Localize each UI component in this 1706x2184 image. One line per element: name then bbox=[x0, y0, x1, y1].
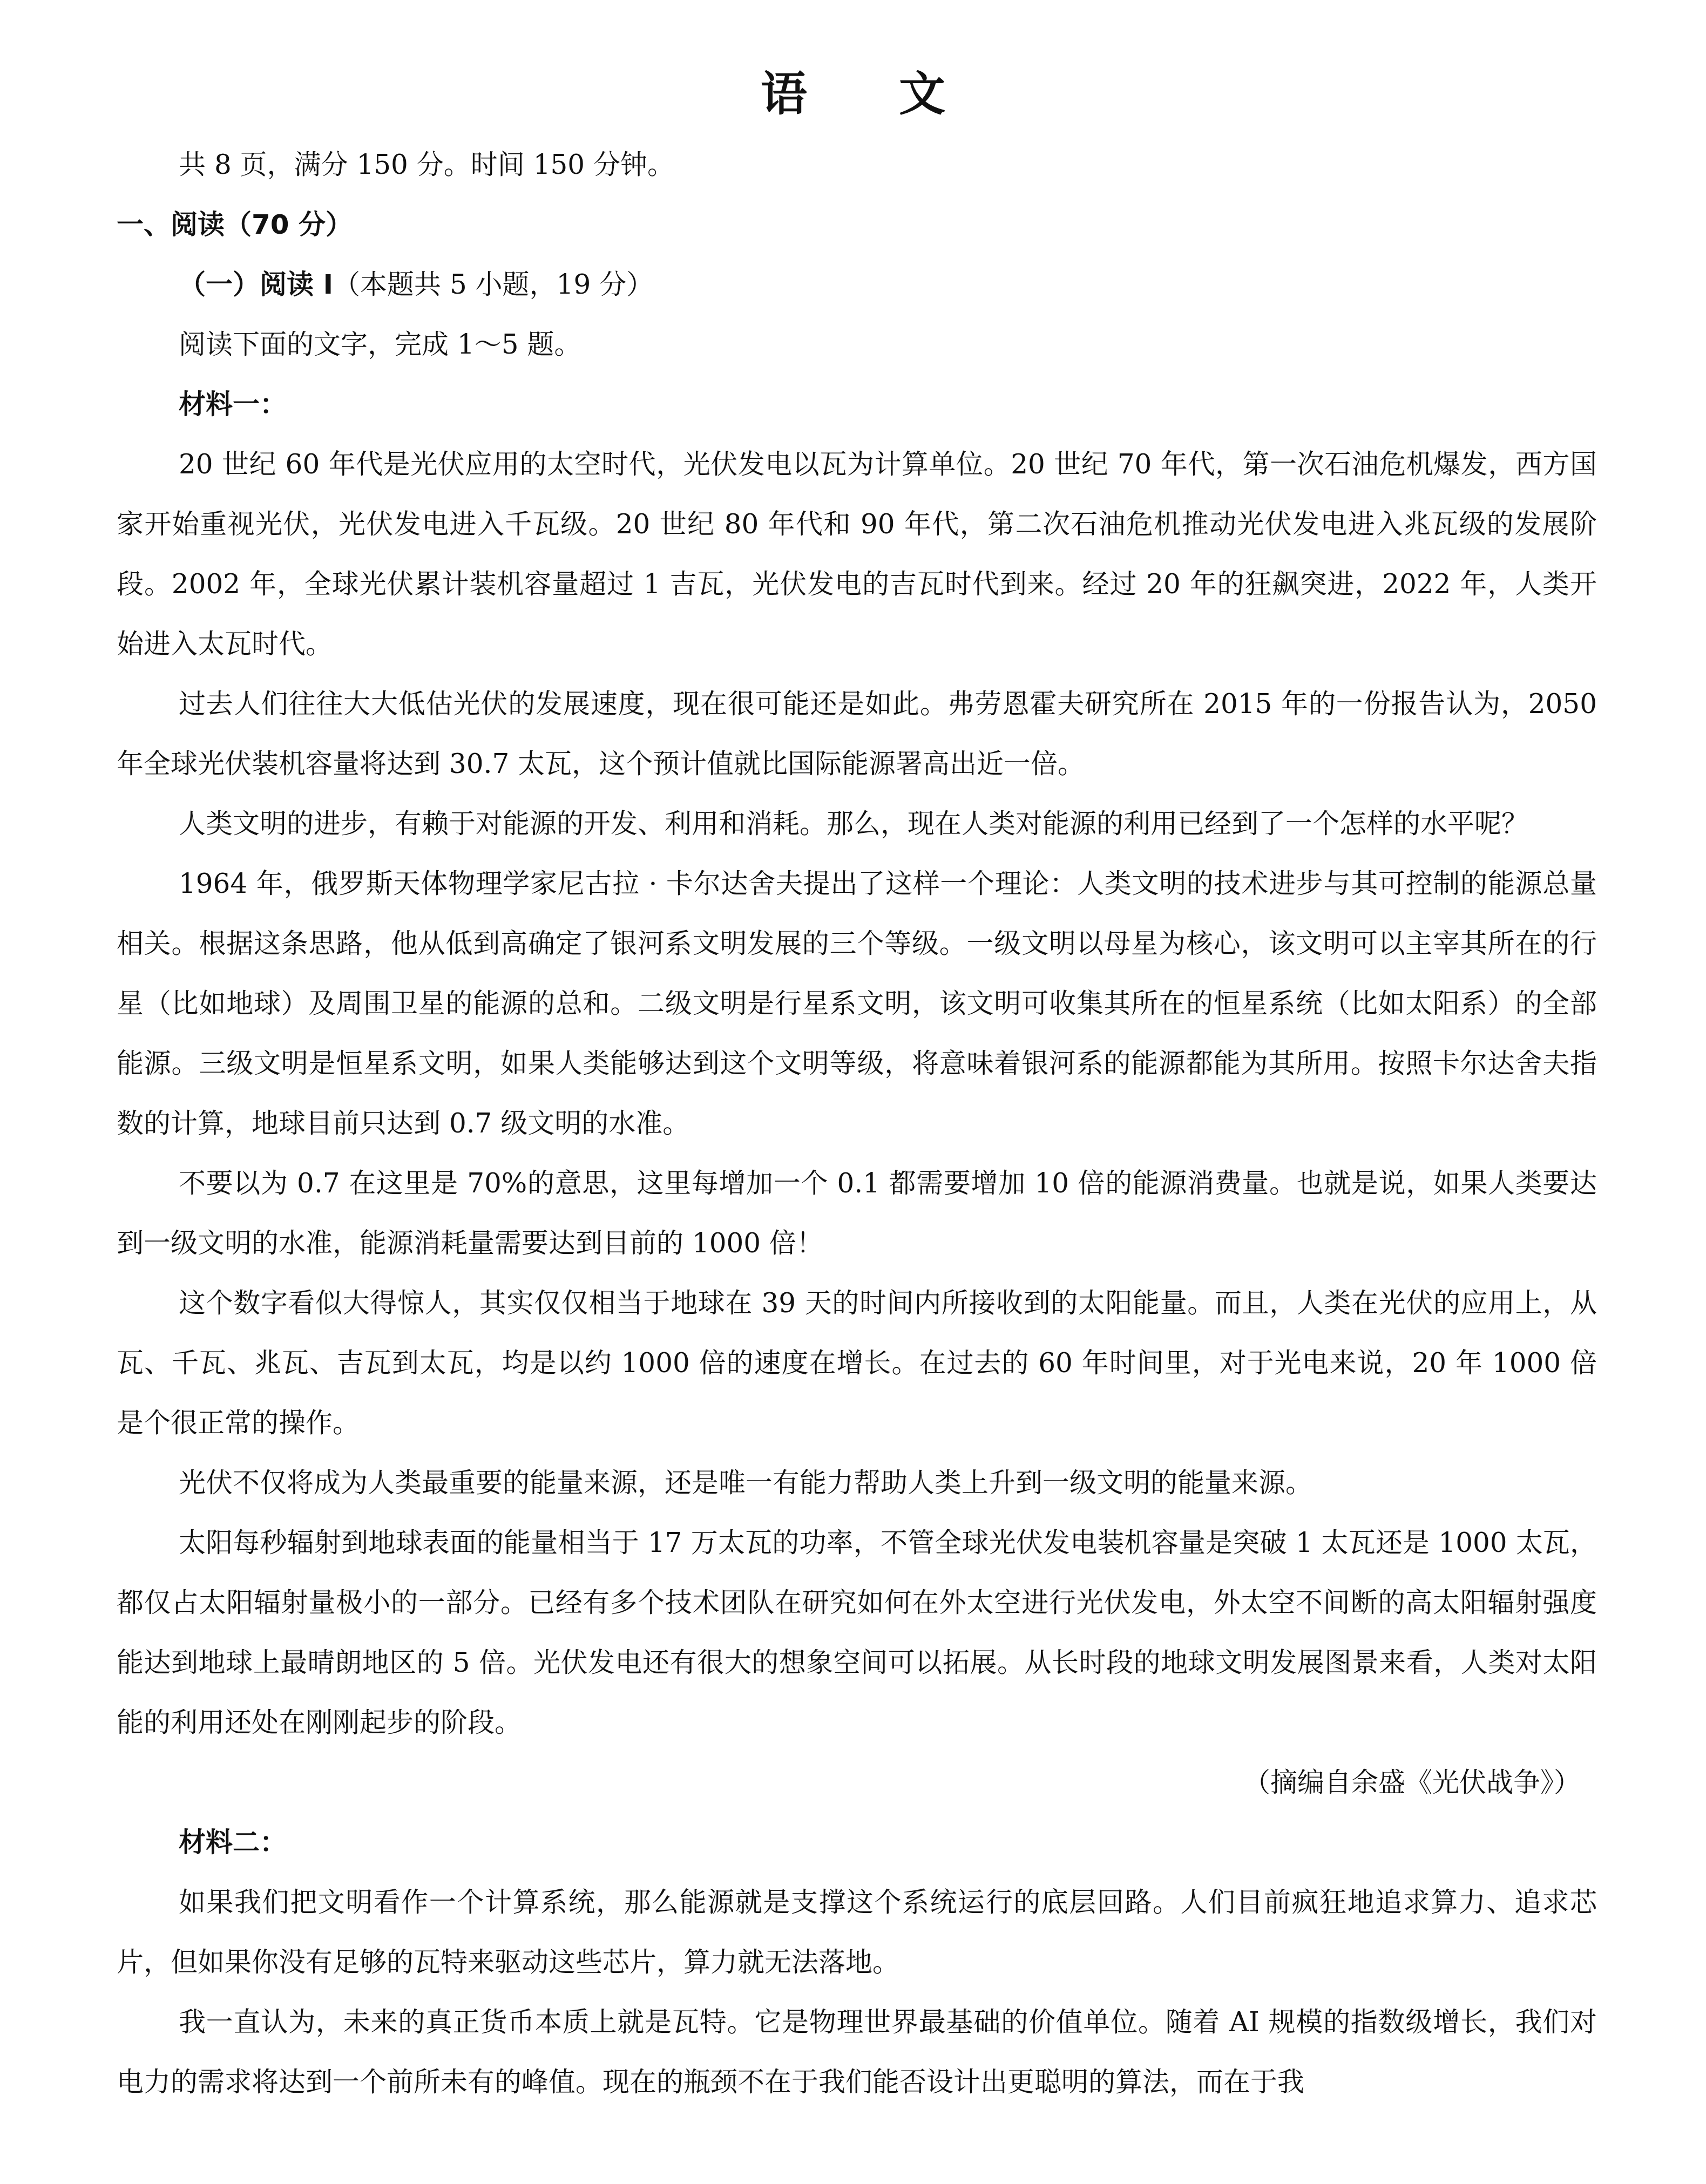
subsection-note: （本题共 5 小题，19 分） bbox=[333, 269, 653, 300]
material-1-paragraph: 20 世纪 60 年代是光伏应用的太空时代，光伏发电以瓦为计算单位。20 世纪 … bbox=[117, 435, 1597, 674]
document-body: 共 8 页，满分 150 分。时间 150 分钟。 一、阅读（70 分） （一）… bbox=[117, 135, 1597, 2112]
material-1-paragraph: 太阳每秒辐射到地球表面的能量相当于 17 万太瓦的功率，不管全球光伏发电装机容量… bbox=[117, 1513, 1597, 1753]
subsection-heading: （一）阅读 I（本题共 5 小题，19 分） bbox=[117, 255, 1597, 315]
material-2-paragraph: 我一直认为，未来的真正货币本质上就是瓦特。它是物理世界最基础的价值单位。随着 A… bbox=[117, 1992, 1597, 2112]
material-1-source: （摘编自余盛《光伏战争》） bbox=[117, 1753, 1597, 1813]
page-title: 语 文 bbox=[0, 57, 1706, 124]
material-1-paragraph: 人类文明的进步，有赖于对能源的开发、利用和消耗。那么，现在人类对能源的利用已经到… bbox=[117, 794, 1597, 854]
material-1-label: 材料一： bbox=[117, 375, 1597, 435]
subsection-title: （一）阅读 I bbox=[179, 269, 333, 300]
material-1-paragraph: 这个数字看似大得惊人，其实仅仅相当于地球在 39 天的时间内所接收到的太阳能量。… bbox=[117, 1273, 1597, 1453]
reading-instruction: 阅读下面的文字，完成 1～5 题。 bbox=[117, 315, 1597, 375]
material-2-label: 材料二： bbox=[117, 1813, 1597, 1873]
material-1-paragraph: 不要以为 0.7 在这里是 70%的意思，这里每增加一个 0.1 都需要增加 1… bbox=[117, 1154, 1597, 1273]
section-heading-reading: 一、阅读（70 分） bbox=[117, 195, 1597, 255]
material-1-paragraph: 1964 年，俄罗斯天体物理学家尼古拉 · 卡尔达舍夫提出了这样一个理论：人类文… bbox=[117, 854, 1597, 1154]
material-1-paragraph: 光伏不仅将成为人类最重要的能量来源，还是唯一有能力帮助人类上升到一级文明的能量来… bbox=[117, 1453, 1597, 1513]
material-2-paragraph: 如果我们把文明看作一个计算系统，那么能源就是支撑这个系统运行的底层回路。人们目前… bbox=[117, 1873, 1597, 1992]
material-1-paragraph: 过去人们往往大大低估光伏的发展速度，现在很可能还是如此。弗劳恩霍夫研究所在 20… bbox=[117, 674, 1597, 794]
exam-info: 共 8 页，满分 150 分。时间 150 分钟。 bbox=[117, 135, 1597, 195]
exam-page: 语 文 共 8 页，满分 150 分。时间 150 分钟。 一、阅读（70 分）… bbox=[0, 0, 1706, 2184]
